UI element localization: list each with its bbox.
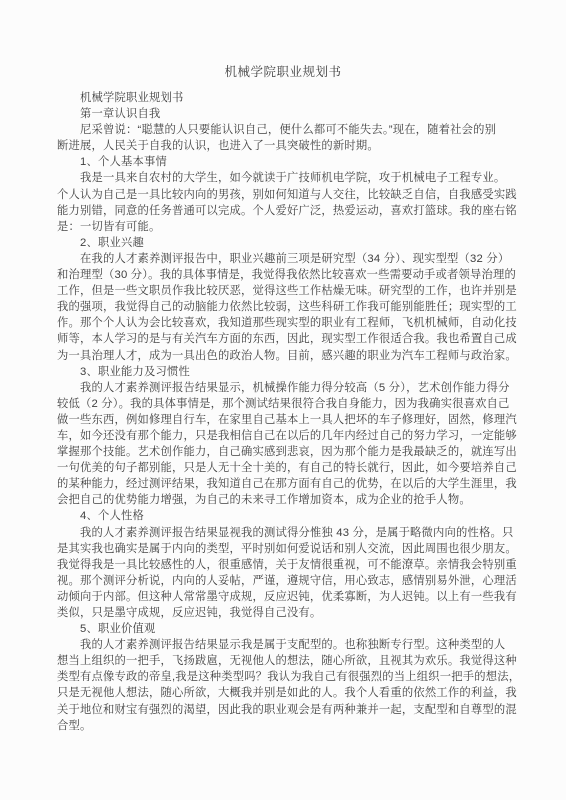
text-line: 的某种能力，经过测评结果，我知道自己在那方面有自己的优势，在以后的大学生涯里，我: [57, 476, 512, 492]
text-line: 我的人才素养测评报告结果显示我是属于支配型的。也称独断专行型。这种类型的人: [57, 637, 512, 653]
text-line: 为一具治理人才，成为一具出色的政治人物。目前，感兴趣的职业为汽车工程师与政治家。: [57, 348, 512, 364]
text-line: 合型。: [57, 718, 512, 734]
text-line: 尼采曾说：“聪慧的人只要能认识自己，便什么都可不能失去。”现在，随着社会的别: [57, 122, 512, 138]
text-line: 第一章认识自我: [57, 106, 512, 122]
text-line: 较低（2 分）。我的具体事情是，那个测试结果很符合我自身能力，因为我确实很喜欢自…: [57, 396, 512, 412]
text-line: 会把自己的优势能力增强，为自己的未来寻工作增加资本，成为企业的抢手人物。: [57, 492, 512, 508]
text-line: 我觉得我是一具比较感性的人，很重感情，关于友情很重视，可不能潦草。亲情我会特别重: [57, 557, 512, 573]
text-line: 是其实我也确实是属于内向的类型，平时别如何爱说话和别人交流，因此周围也很少朋友。: [57, 541, 512, 557]
text-line: 我的人才素养测评报告结果显示，机械操作能力得分较高（5 分），艺术创作能力得分: [57, 380, 512, 396]
text-line: 工作，但是一些文职员作我比较厌恶，觉得这些工作枯燥无味。研究型的工作，也许并别是: [57, 283, 512, 299]
text-line: 机械学院职业规划书: [57, 90, 512, 106]
text-line: 想当上组织的一把手，飞扬跋扈，无视他人的想法，随心所欲，且视其为欢乐。我觉得这种: [57, 653, 512, 669]
text-line: 4、个人性格: [57, 508, 512, 524]
text-line: 作。那个个人认为会比较喜欢，我知道那些现实型的职业有工程师，飞机机械师，自动化技: [57, 315, 512, 331]
text-line: 只是无视他人想法，随心所欲，大概我并别是如此的人。我个人看重的依然工作的利益，我: [57, 685, 512, 701]
text-line: 1、个人基本事情: [57, 154, 512, 170]
text-line: 车，如今还没有那个能力，只是我相信自己在以后的几年内经过自己的努力学习，一定能够: [57, 428, 512, 444]
text-line: 关于地位和财宝有强烈的渴望，因此我的职业观会是有两种兼并一起，支配型和自尊型的混: [57, 702, 512, 718]
text-line: 断进展，人民关于自我的认识，也进入了一具突破性的新时期。: [57, 138, 512, 154]
document-title: 机械学院职业规划书: [0, 64, 566, 80]
text-line: 2、职业兴趣: [57, 235, 512, 251]
text-line: 我的强项，我觉得自己的动脑能力依然比较弱，这些科研工作我可能别能胜任；现实型的工: [57, 299, 512, 315]
text-line: 和治理型（30 分）。我的具体事情是，我觉得我依然比较喜欢一些需要动手或者领导治…: [57, 267, 512, 283]
text-line: 一句优美的句子都别能，只是人无十全十美的，有自己的特长就行，因此，如今要培养自己: [57, 460, 512, 476]
text-line: 个人认为自己是一具比较内向的男孩，别如何知道与人交往，比较缺乏自信，自我感受实践: [57, 187, 512, 203]
text-line: 动倾向于内部。但这种人常常墨守成规，反应迟钝，优柔寡断，为人迟钝。以上有一些我有: [57, 589, 512, 605]
text-line: 师等，本人学习的是与有关汽车方面的东西，因此，现实型工作很适合我。我也希置自己成: [57, 331, 512, 347]
text-line: 做一些东西，例如修理自行车，在家里自己基本上一具人把坏的车子修理好，固然，修理汽: [57, 412, 512, 428]
text-line: 类似，只是墨守成规，反应迟钝，我觉得自己没有。: [57, 605, 512, 621]
text-line: 5、职业价值观: [57, 621, 512, 637]
document-page: 机械学院职业规划书 机械学院职业规划书第一章认识自我尼采曾说：“聪慧的人只要能认…: [0, 0, 566, 800]
text-line: 是：一切皆有可能。: [57, 219, 512, 235]
text-line: 视。那个测评分析说，内向的人妥帖，严谨，遵规守信，用心致志，感情别易外泄，心理活: [57, 573, 512, 589]
document-body: 机械学院职业规划书第一章认识自我尼采曾说：“聪慧的人只要能认识自己，便什么都可不…: [57, 90, 512, 734]
text-line: 我的人才素养测评报告结果显视我的测试得分惟独 43 分，是属于略微内向的性格。只: [57, 525, 512, 541]
text-line: 掌握那个技能。艺术创作能力，自己确实感到悲哀，因为那个能力是我最缺乏的，就连写出: [57, 444, 512, 460]
text-line: 我是一具来自农村的大学生，如今就读于广技师机电学院，攻于机械电子工程专业。: [57, 170, 512, 186]
text-line: 3、职业能力及习惯性: [57, 364, 512, 380]
text-line: 类型有点像专政的帝皇,我是这种类型吗？我认为我自己有很强烈的当上组织一把手的想法…: [57, 669, 512, 685]
text-line: 在我的人才素养测评报告中，职业兴趣前三项是研究型（34 分）、现实型型（32 分…: [57, 251, 512, 267]
text-line: 能力别错，同意的任务普通可以完成。个人爱好广泛，热爱运动，喜欢打篮球。我的座右铭: [57, 203, 512, 219]
